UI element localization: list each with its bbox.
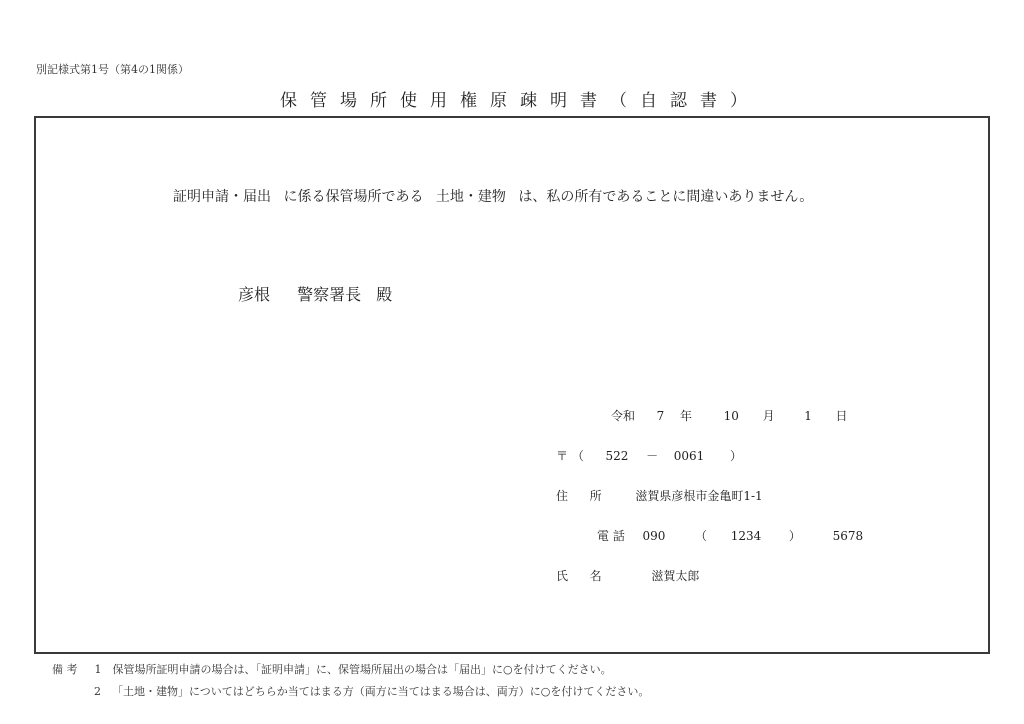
notes-heading: 備 考 — [52, 663, 78, 676]
note-number: 2 — [94, 685, 101, 698]
postal-dash: － — [646, 447, 658, 464]
phone-number-field[interactable]: 5678 — [833, 529, 864, 543]
addressee-office: 警察署長 — [297, 285, 361, 304]
date-row: 令和 7 年 10 月 1 日 — [611, 407, 848, 424]
address-row: 住 所 滋賀県彦根市金亀町1-1 — [556, 487, 763, 504]
name-label-1: 氏 — [556, 567, 568, 584]
property-type-option[interactable]: 土地・建物 — [436, 189, 506, 205]
date-day-unit: 日 — [836, 407, 848, 424]
date-year-unit: 年 — [680, 407, 692, 424]
document-title: 保管場所使用権原疎明書（自認書） — [280, 86, 760, 111]
note-number: 1 — [95, 663, 102, 676]
application-type-option[interactable]: 証明申請・届出 — [173, 189, 271, 205]
postal-open-paren: （ — [572, 447, 584, 464]
phone-close-paren: ） — [789, 527, 801, 544]
date-year-field[interactable]: 7 — [657, 409, 665, 423]
date-month-field[interactable]: 10 — [724, 409, 739, 423]
name-label-2: 名 — [590, 567, 602, 584]
addressee: 彦根 警察署長 殿 — [238, 282, 392, 305]
statement-middle-text: に係る保管場所である — [283, 189, 423, 205]
postal-mark-icon: 〒 — [556, 447, 568, 464]
statement-tail-text: は、私の所有であることに間違いありません。 — [518, 189, 813, 205]
postal-code-part1-field[interactable]: 522 — [606, 449, 629, 463]
note-text: 「土地・建物」についてはどちらか当てはまる方（両方に当てはまる場合は、両方）に○… — [112, 685, 649, 698]
postal-code-row: 〒 （ 522 － 0061 ） — [556, 447, 742, 464]
form-number-label: 別記様式第1号（第4の1関係） — [36, 61, 189, 77]
date-era: 令和 — [611, 407, 635, 424]
note-item-1: 備 考 1 保管場所証明申請の場合は、「証明申請」に、保管場所届出の場合は「届出… — [52, 661, 612, 677]
name-field[interactable]: 滋賀太郎 — [651, 567, 699, 584]
phone-area-field[interactable]: 090 — [642, 529, 665, 543]
date-day-field[interactable]: 1 — [804, 409, 812, 423]
addressee-honorific: 殿 — [376, 285, 392, 304]
address-field[interactable]: 滋賀県彦根市金亀町1-1 — [635, 487, 762, 504]
postal-code-part2-field[interactable]: 0061 — [674, 449, 705, 463]
note-text: 保管場所証明申請の場合は、「証明申請」に、保管場所届出の場合は「届出」に○を付け… — [113, 663, 612, 676]
name-row: 氏 名 滋賀太郎 — [556, 567, 699, 584]
postal-close-paren: ） — [730, 447, 742, 464]
address-label-2: 所 — [590, 487, 602, 504]
phone-row: 電 話 090 （ 1234 ） 5678 — [597, 527, 863, 544]
note-item-2: 2 「土地・建物」についてはどちらか当てはまる方（両方に当てはまる場合は、両方）… — [94, 683, 649, 699]
declaration-statement: 証明申請・届出 に係る保管場所である 土地・建物 は、私の所有であることに間違い… — [173, 186, 813, 206]
phone-label: 電 話 — [597, 527, 625, 544]
phone-open-paren: （ — [695, 527, 707, 544]
address-label-1: 住 — [556, 487, 568, 504]
phone-exchange-field[interactable]: 1234 — [731, 529, 762, 543]
date-month-unit: 月 — [763, 407, 775, 424]
police-station-name[interactable]: 彦根 — [238, 285, 270, 304]
